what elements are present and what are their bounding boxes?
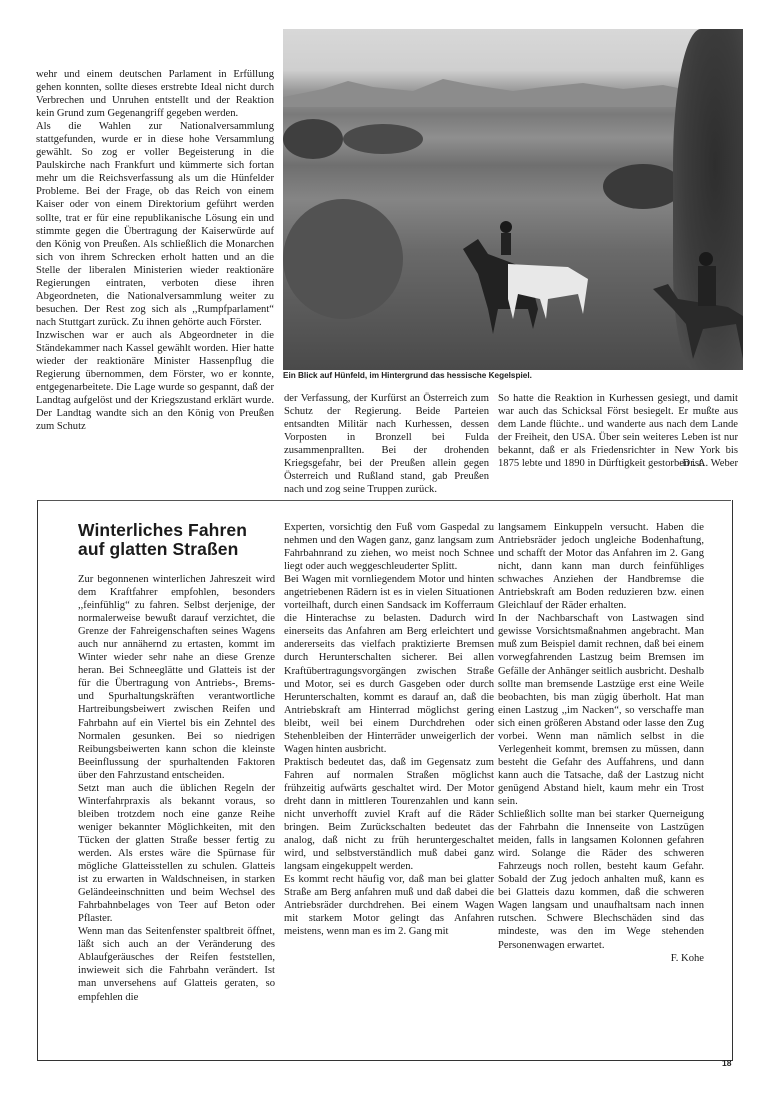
paragraph: Experten, vorsichtig den Fuß vom Gaspeda… [284,521,494,573]
paragraph: Schließlich sollte man bei starker Quern… [498,808,704,952]
hills-graphic [283,67,743,107]
photo-caption: Ein Blick auf Hünfeld, im Hintergrund da… [283,371,532,380]
bush-graphic [283,199,403,319]
paragraph: Inzwischen war er auch als Abgeordneter … [36,329,274,433]
winter-column-1: Zur begonnenen winterlichen Jahreszeit w… [78,573,275,1004]
page-number: 18 [722,1058,731,1068]
paragraph: Es kommt recht häufig vor, daß man bei g… [284,873,494,938]
author-signature: F. Kohe [498,952,704,965]
paragraph: der Verfassung, der Kurfürst an Österrei… [284,392,489,496]
paragraph: Zur begonnenen winterlichen Jahreszeit w… [78,573,275,782]
landscape-photo [283,29,743,370]
history-column-3: So hatte die Reaktion in Kurhessen gesie… [498,392,738,470]
bush-graphic [343,124,423,154]
paragraph: Praktisch bedeutet das, daß im Gegensatz… [284,756,494,873]
paragraph: Bei Wagen mit vornliegendem Motor und hi… [284,573,494,756]
winter-column-3: langsamem Einkuppeln versucht. Haben die… [498,521,704,965]
paragraph: Setzt man auch die üblichen Regeln der W… [78,782,275,926]
history-column-2: der Verfassung, der Kurfürst an Österrei… [284,392,489,496]
winter-column-2: Experten, vorsichtig den Fuß vom Gaspeda… [284,521,494,939]
riders-graphic [458,219,743,364]
article-headline: Winterliches Fahren auf glatten Straßen [78,521,247,559]
headline-line-1: Winterliches Fahren [78,521,247,540]
paragraph: langsamem Einkuppeln versucht. Haben die… [498,521,704,612]
bush-graphic [603,164,683,209]
bush-graphic [283,119,343,159]
paragraph: So hatte die Reaktion in Kurhessen gesie… [498,393,738,469]
history-column-1: wehr und einem deutschen Parlament in Er… [36,68,274,433]
headline-line-2: auf glatten Straßen [78,540,247,559]
paragraph: Wenn man das Seitenfenster spaltbreit öf… [78,925,275,1003]
paragraph: Als die Wahlen zur Nationalversammlung s… [36,120,274,329]
paragraph: In der Nachbarschaft von Lastwagen sind … [498,612,704,808]
paragraph: wehr und einem deutschen Parlament in Er… [36,68,274,120]
